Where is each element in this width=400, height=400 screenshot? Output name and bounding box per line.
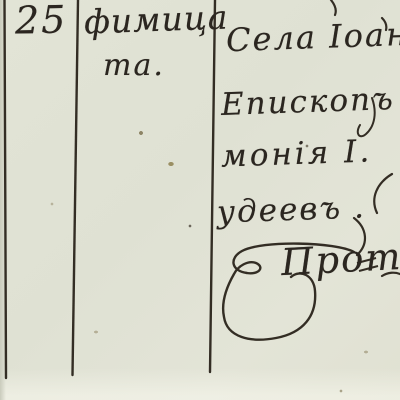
column-rule-right: [210, 0, 215, 372]
column-rule-middle: [73, 0, 79, 375]
record-line-4: удеевъ .: [216, 189, 366, 230]
record-line-3: монія І.: [220, 133, 372, 174]
entry-number: 25: [15, 0, 68, 42]
name-column-word-line1: фимица: [83, 0, 229, 42]
record-line-1: Села Іоан: [225, 15, 400, 59]
record-line-2: Епископъ: [220, 81, 395, 123]
stroke-fragment-top-comma: [331, 0, 336, 15]
stroke-fragment-open-curve: [374, 174, 392, 213]
signature-text: Прот: [280, 235, 400, 284]
name-column-word-line2: та.: [103, 48, 165, 83]
manuscript-page: 25 фимица та. Села Іоан Епископъ монія І…: [0, 0, 400, 400]
column-rule-left: [5, 0, 7, 378]
